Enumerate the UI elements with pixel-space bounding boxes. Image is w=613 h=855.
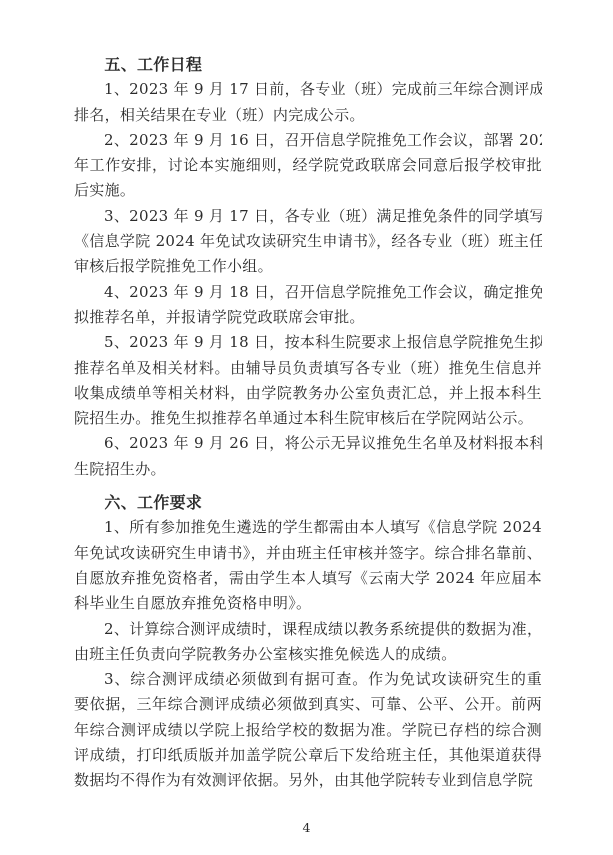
paragraph: 2、2023 年 9 月 16 日，召开信息学院推免工作会议，部署 2024年工… [74,128,542,204]
text-line: 数据均不得作为有效测评依据。另外，由其他学院转专业到信息学院 [74,768,542,793]
text-line: 生院招生办。 [74,457,542,482]
text-line: 1、2023 年 9 月 17 日前，各专业（班）完成前三年综合测评成绩 [74,77,542,102]
section-heading: 五、工作日程 [74,52,542,77]
text-line: 5、2023 年 9 月 18 日，按本科生院要求上报信息学院推免生拟 [74,330,542,355]
paragraph: 5、2023 年 9 月 18 日，按本科生院要求上报信息学院推免生拟推荐名单及… [74,330,542,431]
text-line: 排名，相关结果在专业（班）内完成公示。 [74,103,542,128]
text-line: 后实施。 [74,178,542,203]
text-line: 自愿放弃推免资格者，需由学生本人填写《云南大学 2024 年应届本 [74,566,542,591]
text-line: 3、2023 年 9 月 17 日，各专业（班）满足推免条件的同学填写 [74,204,542,229]
paragraph: 6、2023 年 9 月 26 日，将公示无异议推免生名单及材料报本科生院招生办… [74,431,542,482]
text-line: 收集成绩单等相关材料，由学院教务办公室负责汇总，并上报本科生 [74,381,542,406]
text-line: 年免试攻读研究生申请书》，并由班主任审核并签字。综合排名靠前、 [74,541,542,566]
paragraph: 4、2023 年 9 月 18 日，召开信息学院推免工作会议，确定推免生拟推荐名… [74,280,542,331]
document-page: 五、工作日程1、2023 年 9 月 17 日前，各专业（班）完成前三年综合测评… [0,0,613,855]
document-content: 五、工作日程1、2023 年 9 月 17 日前，各专业（班）完成前三年综合测评… [74,52,542,794]
text-line: 由班主任负责向学院教务办公室核实推免候选人的成绩。 [74,642,542,667]
text-line: 年综合测评成绩以学院上报给学校的数据为准。学院已存档的综合测 [74,718,542,743]
text-line: 审核后报学院推免工作小组。 [74,254,542,279]
text-line: 推荐名单及相关材料。由辅导员负责填写各专业（班）推免生信息并 [74,356,542,381]
text-line: 1、所有参加推免生遴选的学生都需由本人填写《信息学院 2024 [74,515,542,540]
text-line: 拟推荐名单，并报请学院党政联席会审批。 [74,305,542,330]
text-line: 科毕业生自愿放弃推免资格申明》。 [74,591,542,616]
text-line: 6、2023 年 9 月 26 日，将公示无异议推免生名单及材料报本科 [74,431,542,456]
text-line: 要依据，三年综合测评成绩必须做到真实、可靠、公平、公开。前两 [74,692,542,717]
paragraph: 3、综合测评成绩必须做到有据可查。作为免试攻读研究生的重要依据，三年综合测评成绩… [74,667,542,793]
page-number: 4 [0,820,613,835]
text-line: 3、综合测评成绩必须做到有据可查。作为免试攻读研究生的重 [74,667,542,692]
paragraph: 2、计算综合测评成绩时，课程成绩以教务系统提供的数据为准，由班主任负责向学院教务… [74,617,542,668]
section-heading: 六、工作要求 [74,490,542,515]
paragraph: 1、2023 年 9 月 17 日前，各专业（班）完成前三年综合测评成绩排名，相… [74,77,542,128]
text-line: 4、2023 年 9 月 18 日，召开信息学院推免工作会议，确定推免生 [74,280,542,305]
paragraph: 3、2023 年 9 月 17 日，各专业（班）满足推免条件的同学填写《信息学院… [74,204,542,280]
text-line: 2、2023 年 9 月 16 日，召开信息学院推免工作会议，部署 2024 [74,128,542,153]
text-line: 《信息学院 2024 年免试攻读研究生申请书》，经各专业（班）班主任 [74,229,542,254]
text-line: 2、计算综合测评成绩时，课程成绩以教务系统提供的数据为准， [74,617,542,642]
text-line: 院招生办。推免生拟推荐名单通过本科生院审核后在学院网站公示。 [74,406,542,431]
paragraph: 1、所有参加推免生遴选的学生都需由本人填写《信息学院 2024年免试攻读研究生申… [74,515,542,616]
text-line: 年工作安排，讨论本实施细则，经学院党政联席会同意后报学校审批 [74,153,542,178]
text-line: 评成绩，打印纸质版并加盖学院公章后下发给班主任，其他渠道获得 [74,743,542,768]
